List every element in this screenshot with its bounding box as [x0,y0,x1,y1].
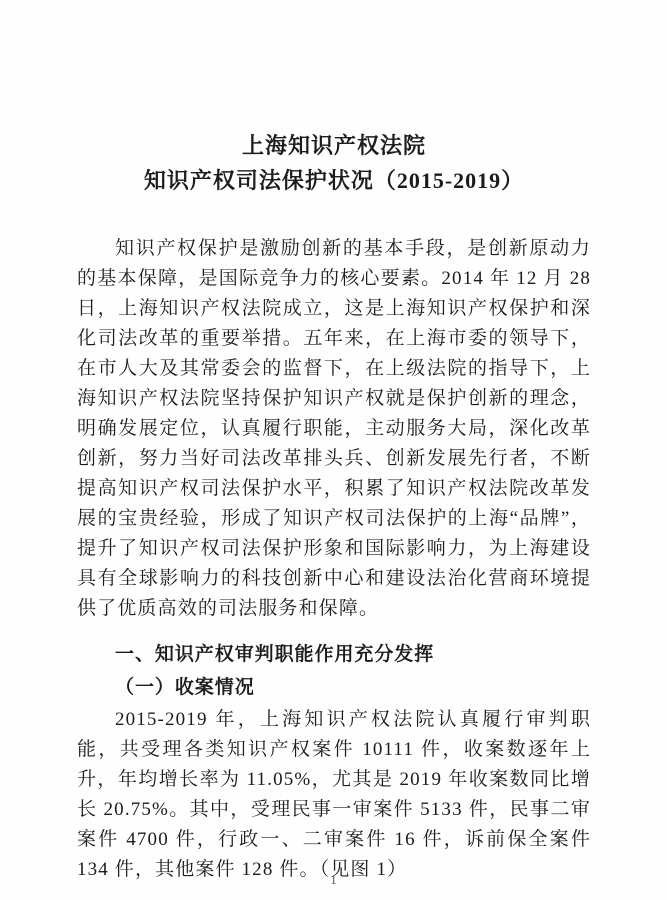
page-number: 1 [0,872,667,888]
subsection-heading-1: （一）收案情况 [77,673,591,703]
intro-paragraph: 知识产权保护是激励创新的基本手段，是创新原动力的基本保障，是国际竞争力的核心要素… [77,234,591,624]
title-line-2: 知识产权司法保护状况（2015-2019） [77,163,591,198]
case-statistics-paragraph: 2015-2019 年，上海知识产权法院认真履行审判职能，共受理各类知识产权案件… [77,705,591,885]
document-page: 上海知识产权法院 知识产权司法保护状况（2015-2019） 知识产权保护是激励… [0,0,667,900]
title-line-1: 上海知识产权法院 [77,128,591,163]
section-heading-1: 一、知识产权审判职能作用充分发挥 [77,640,591,670]
document-content: 上海知识产权法院 知识产权司法保护状况（2015-2019） 知识产权保护是激励… [77,128,591,885]
document-title: 上海知识产权法院 知识产权司法保护状况（2015-2019） [77,128,591,198]
